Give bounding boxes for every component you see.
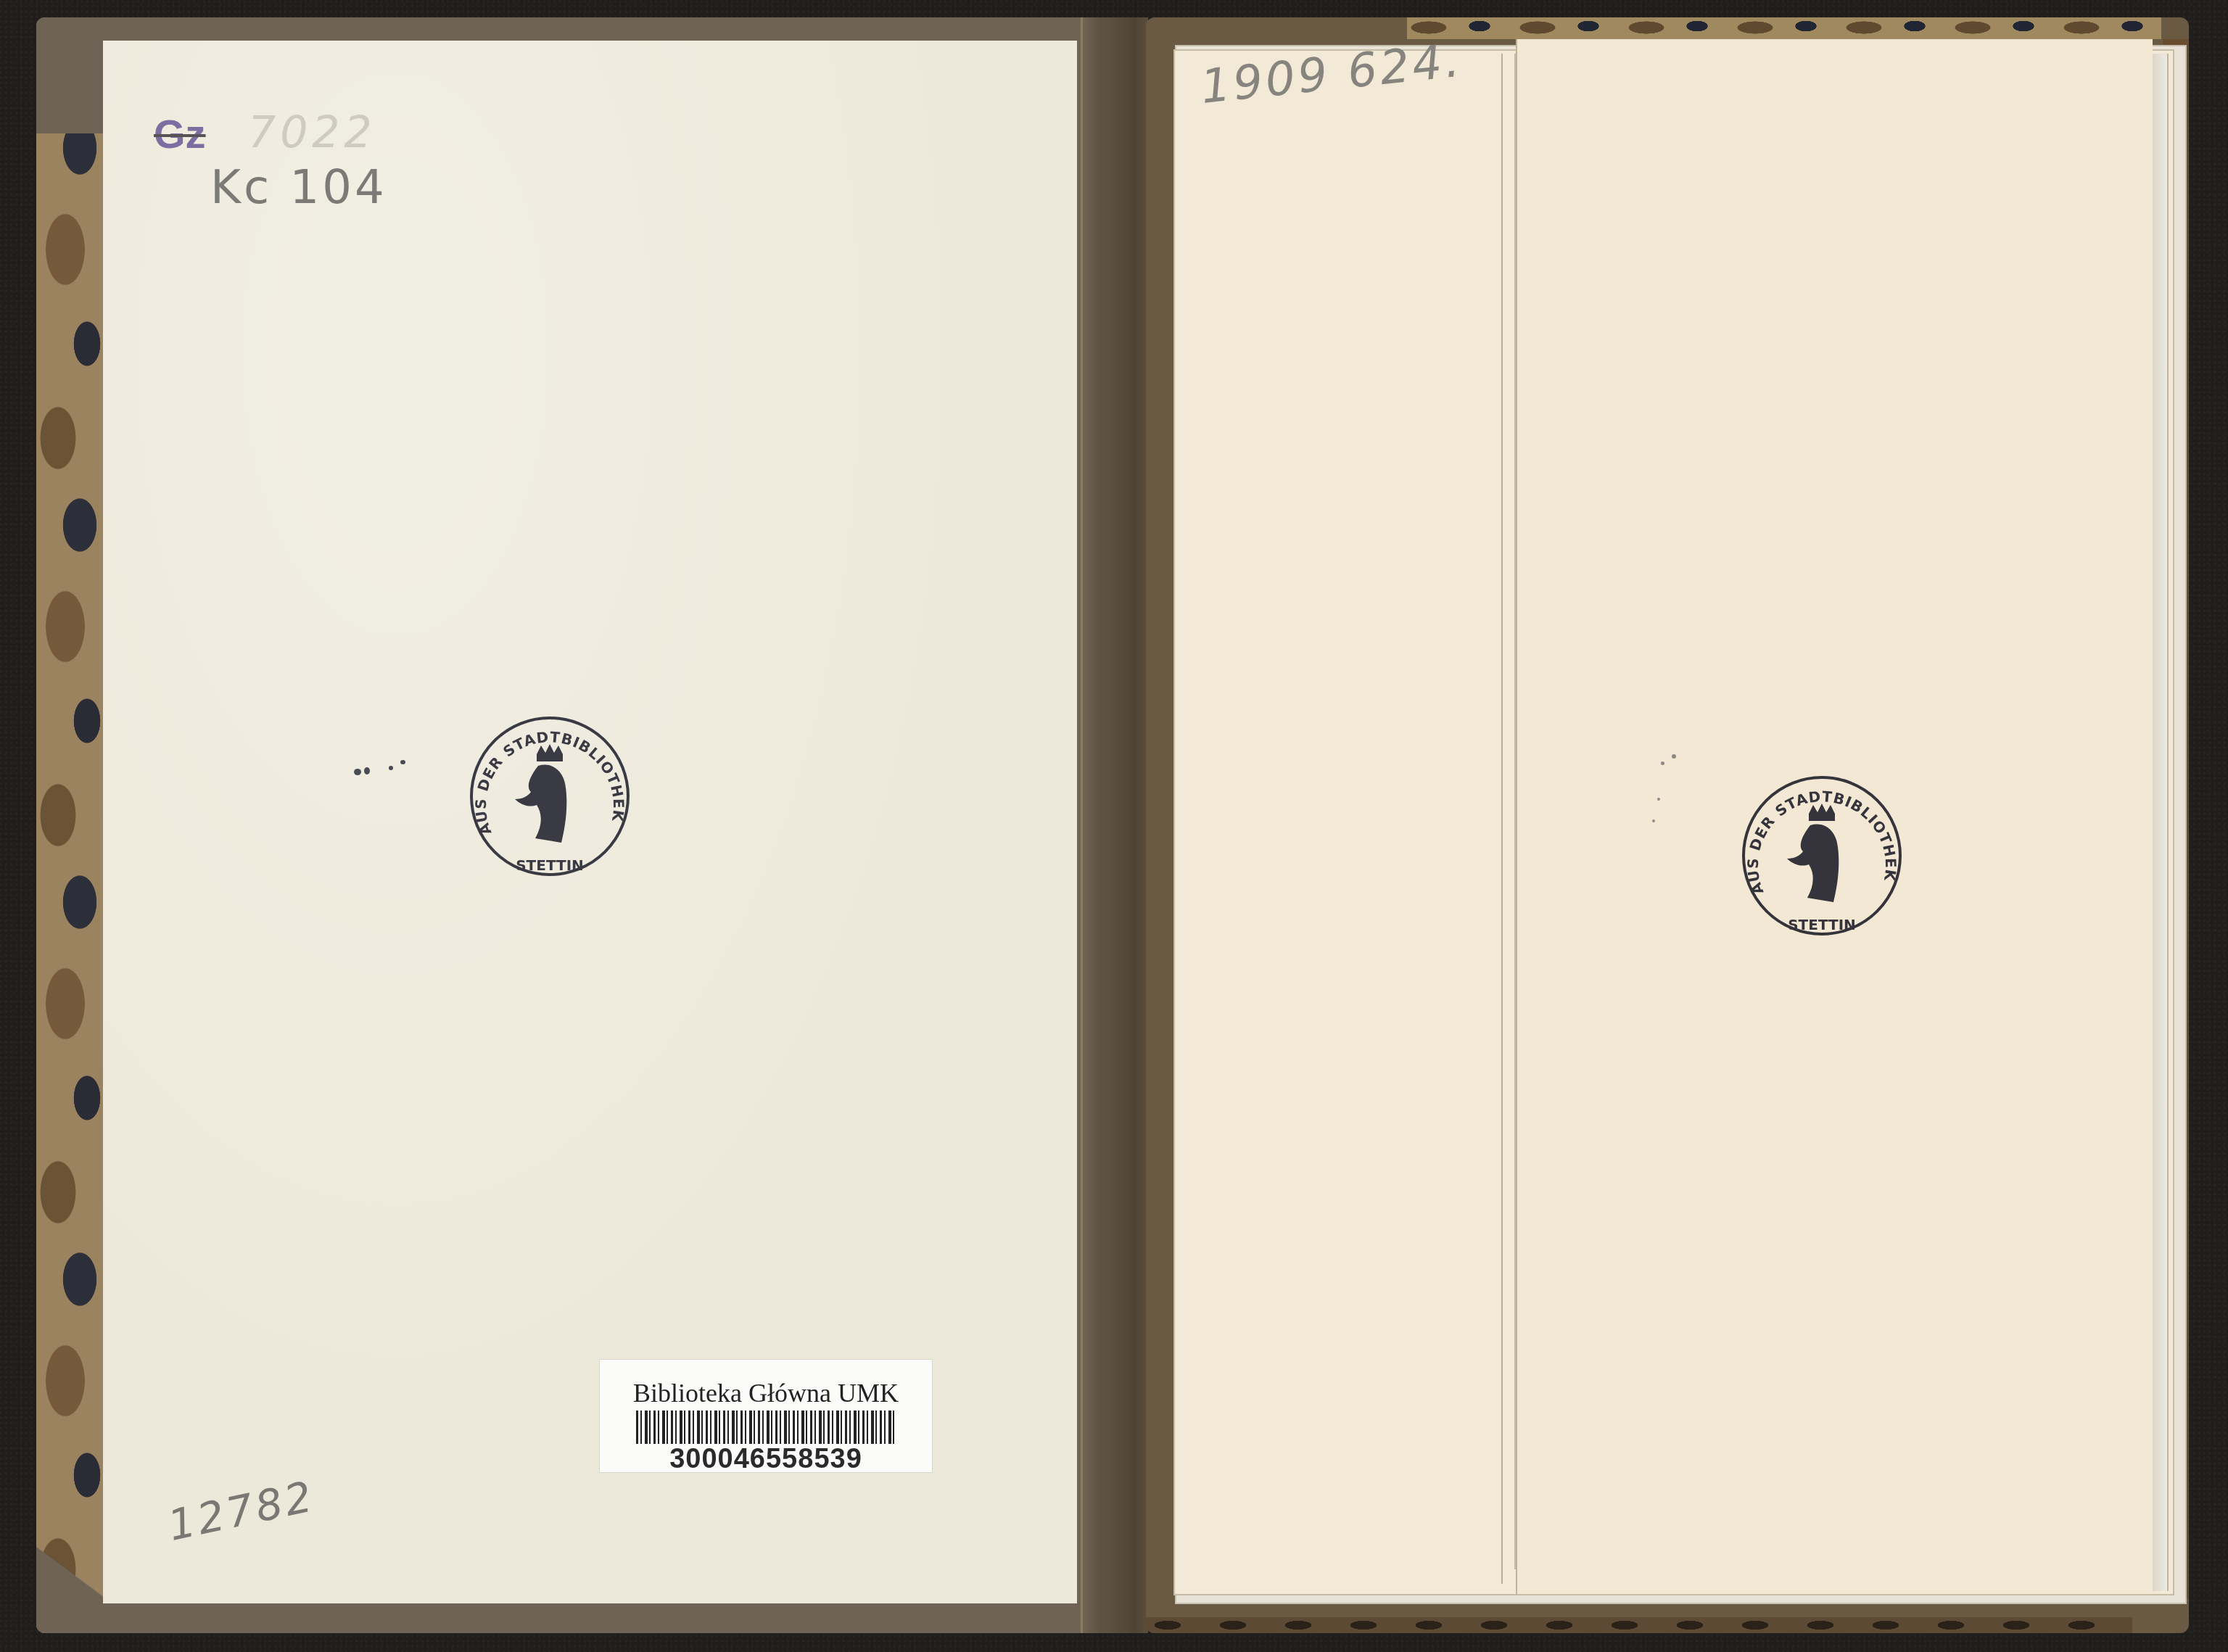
pencil-shelfmark: Kc 104	[210, 161, 387, 215]
ink-speck	[1657, 798, 1660, 801]
library-stamp-right: AUS DER STADTBIBLIOTHEK STETTIN	[1735, 769, 1909, 943]
library-barcode-label: Biblioteka Główna UMK 300046558539	[600, 1360, 932, 1472]
griffin-emblem-icon	[515, 744, 566, 843]
page-block-edge	[2153, 54, 2169, 1591]
ink-speck	[354, 769, 361, 775]
book-spine-hinge	[1081, 17, 1148, 1633]
ink-speck	[1672, 754, 1676, 759]
right-cover-board	[1146, 17, 2189, 1633]
marbled-paper-edge-top	[1407, 17, 2161, 39]
marbled-paper-edge-bottom	[1146, 1617, 2132, 1633]
ink-speck	[364, 767, 370, 775]
faint-erased-number: 7022	[248, 107, 376, 158]
folded-leaf-edge	[1501, 54, 1503, 1584]
griffin-emblem-icon	[1787, 804, 1839, 902]
stamp-text-bottom: STETTIN	[516, 856, 584, 874]
ink-speck	[400, 760, 405, 764]
barcode-icon	[636, 1411, 896, 1444]
ink-speck	[1652, 819, 1655, 822]
barcode-library-name: Biblioteka Główna UMK	[600, 1379, 932, 1408]
ink-speck	[1661, 761, 1664, 765]
marbled-paper-edge-left	[36, 17, 103, 1633]
struck-old-shelfmark: Gz	[154, 110, 206, 157]
stamp-text-bottom: STETTIN	[1788, 916, 1856, 933]
ink-speck	[389, 766, 393, 770]
library-stamp-left: AUS DER STADTBIBLIOTHEK STETTIN	[463, 709, 637, 883]
barcode-number: 300046558539	[600, 1444, 932, 1474]
